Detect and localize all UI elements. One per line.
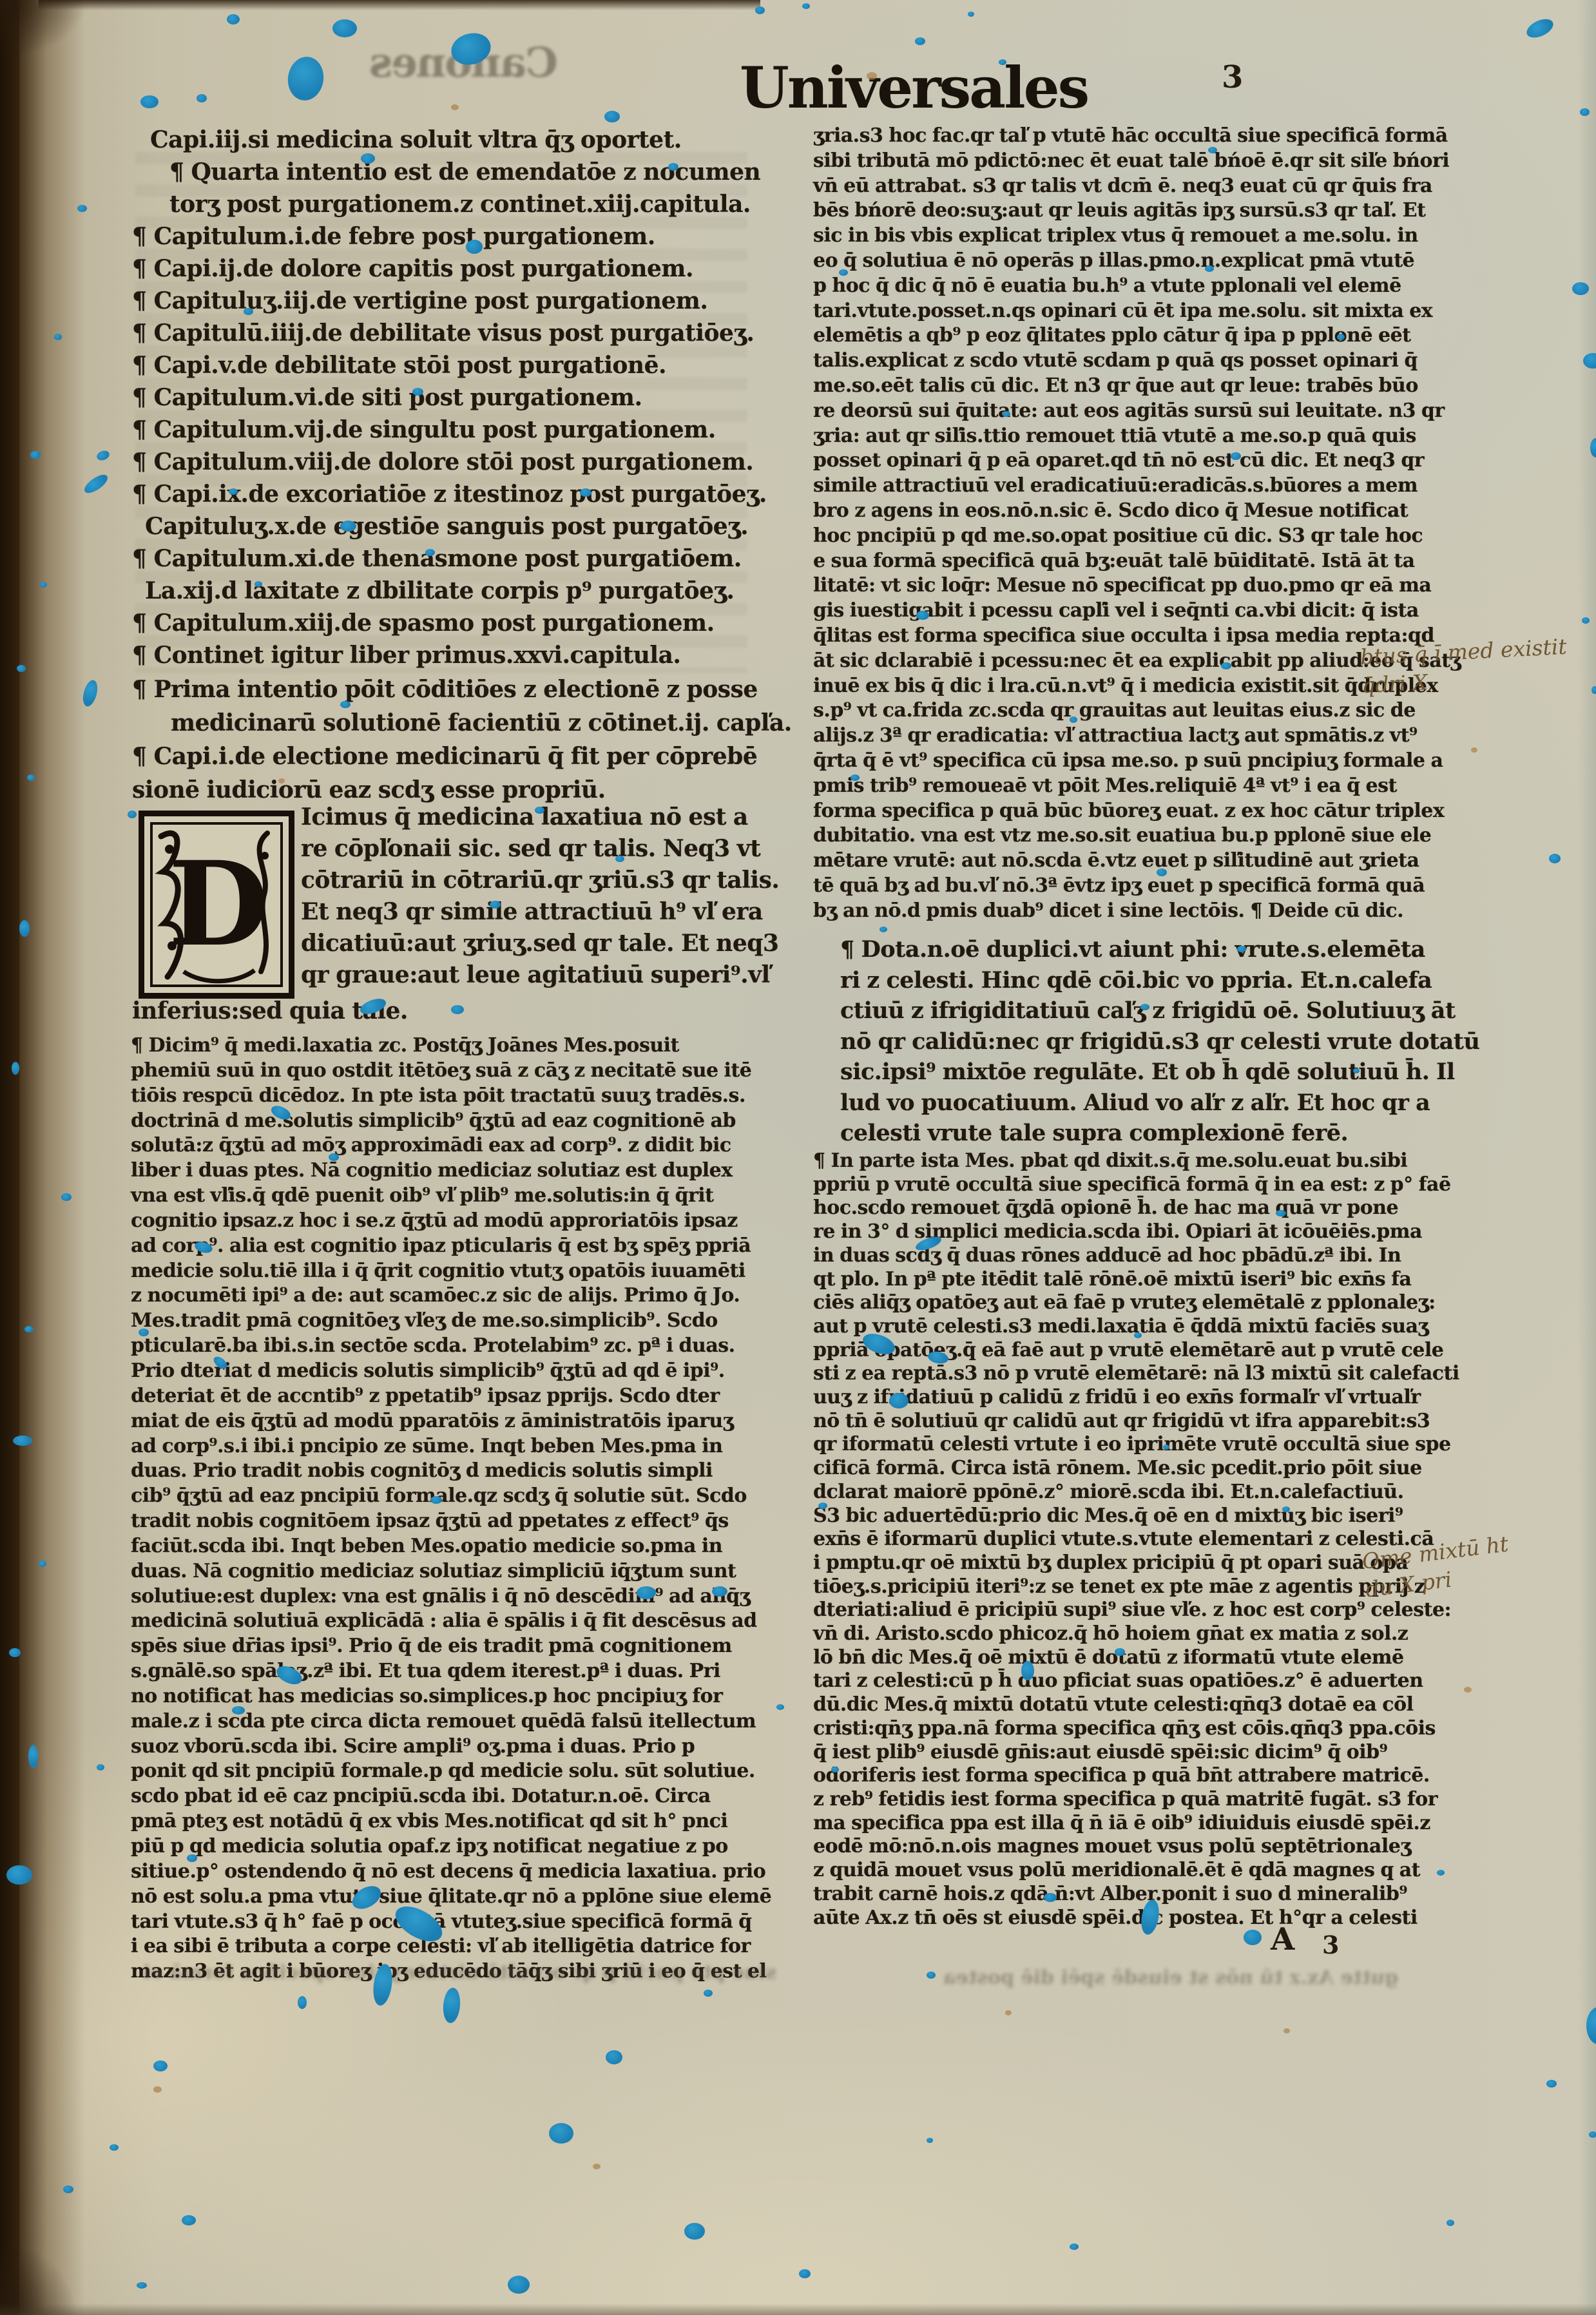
blue-ink-spot xyxy=(776,1704,784,1710)
blue-ink-spot xyxy=(430,1496,442,1504)
blue-ink-spot xyxy=(1582,617,1590,624)
blue-ink-spot xyxy=(110,2144,119,2151)
blue-ink-spot xyxy=(799,2269,811,2278)
blue-ink-spot xyxy=(802,3,810,9)
blue-ink-spot xyxy=(77,205,87,212)
blue-ink-spot xyxy=(128,811,137,818)
blue-ink-spot xyxy=(269,1103,293,1122)
blue-ink-spot xyxy=(1580,108,1590,116)
blue-ink-spot xyxy=(1282,1506,1290,1512)
blue-ink-spot xyxy=(1583,353,1596,369)
blue-ink-spot xyxy=(193,1240,213,1255)
blue-ink-spot xyxy=(442,1987,462,2024)
blue-ink-spot xyxy=(361,153,375,164)
blue-ink-spot xyxy=(1591,686,1596,694)
blue-ink-spot xyxy=(54,334,62,340)
blue-ink-spot xyxy=(19,920,30,937)
blue-ink-spot xyxy=(349,1881,385,1914)
blue-ink-spot xyxy=(580,488,591,497)
blue-ink-spot xyxy=(1546,2080,1557,2088)
blue-ink-spot xyxy=(535,807,544,814)
blue-ink-spot xyxy=(1244,1930,1262,1945)
blue-ink-spot xyxy=(968,12,974,17)
blue-ink-spot xyxy=(448,29,494,69)
blue-ink-spot xyxy=(1157,869,1167,876)
blue-ink-spot xyxy=(61,1193,72,1201)
blue-ink-spot xyxy=(915,37,925,45)
blue-ink-spot xyxy=(916,611,929,620)
blue-ink-spot xyxy=(232,1706,245,1715)
blue-ink-spot xyxy=(1590,438,1596,457)
blue-ink-spot xyxy=(13,1436,32,1446)
blue-ink-spot xyxy=(329,1153,339,1161)
foxing-spot xyxy=(593,2164,601,2169)
foxing-spot xyxy=(1005,2010,1012,2015)
blue-ink-spot xyxy=(1139,1898,1161,1936)
blue-ink-spot xyxy=(1115,1648,1125,1656)
blue-ink-spot xyxy=(9,1648,21,1657)
blue-ink-spot xyxy=(999,59,1006,65)
blue-ink-spot xyxy=(684,2223,705,2240)
blue-ink-spot xyxy=(451,1005,464,1014)
blue-ink-spot xyxy=(1437,1870,1445,1876)
blue-ink-spot xyxy=(17,665,26,672)
blue-ink-spot xyxy=(1549,854,1561,863)
blue-ink-spot xyxy=(889,1393,909,1408)
blue-ink-spot xyxy=(140,95,159,108)
blue-ink-spot xyxy=(81,678,100,708)
blue-ink-spot xyxy=(274,1662,305,1688)
blue-ink-spot xyxy=(28,1745,38,1768)
blue-ink-spot xyxy=(358,995,388,1017)
blue-ink-spot xyxy=(880,927,887,932)
blue-ink-spot xyxy=(197,94,207,102)
blue-ink-spot xyxy=(95,449,111,462)
blue-ink-spot xyxy=(615,856,624,862)
blue-ink-spot xyxy=(27,774,35,781)
blue-ink-spot xyxy=(30,451,41,459)
blue-ink-spot xyxy=(1237,946,1246,952)
blue-ink-spot xyxy=(1163,1445,1169,1450)
blue-ink-spot xyxy=(1044,1893,1057,1902)
blue-ink-spot xyxy=(6,1865,32,1885)
blue-ink-spot xyxy=(604,111,620,122)
blue-ink-spot xyxy=(1021,1661,1034,1680)
blue-ink-spot xyxy=(24,1326,34,1332)
blue-ink-spot xyxy=(839,269,848,276)
blue-ink-spot xyxy=(97,1764,104,1771)
blue-ink-spot xyxy=(153,2060,168,2071)
blue-ink-spot xyxy=(508,2276,530,2294)
blue-ink-spot xyxy=(914,1234,943,1253)
blue-ink-spot xyxy=(851,774,860,781)
blue-ink-spot xyxy=(255,581,262,587)
blue-ink-spot xyxy=(606,2050,622,2064)
blue-ink-spot xyxy=(332,19,357,37)
blue-ink-spot xyxy=(12,1062,19,1075)
blue-ink-spot xyxy=(927,1350,950,1365)
blue-ink-spot xyxy=(340,521,356,532)
blue-ink-spot xyxy=(39,1561,46,1567)
blue-ink-spot xyxy=(1353,1068,1360,1073)
blue-ink-spot xyxy=(63,2185,73,2193)
foxing-spot xyxy=(1284,2028,1290,2033)
blue-ink-spot xyxy=(285,55,327,103)
foxing-spot xyxy=(1471,747,1477,753)
blue-ink-spot xyxy=(137,2282,147,2289)
blue-ink-spot xyxy=(466,240,483,254)
foxing-spot xyxy=(153,2086,162,2093)
blue-ink-spot xyxy=(755,6,765,14)
scanned-book-page: Canones Universales 3 Capi.iij.si medici… xyxy=(0,0,1596,2315)
blue-ink-spot xyxy=(704,1990,713,1997)
blue-ink-spot xyxy=(1070,2243,1079,2250)
blue-ink-spot xyxy=(229,488,238,495)
blue-ink-spot xyxy=(412,388,423,396)
blue-ink-spot xyxy=(1572,282,1589,295)
blue-ink-spot xyxy=(668,163,678,171)
blue-ink-spot xyxy=(340,701,351,708)
blue-ink-spot xyxy=(227,14,240,24)
blue-ink-spot xyxy=(1586,2007,1596,2044)
blue-ink-spot xyxy=(40,582,47,588)
blue-ink-spot xyxy=(82,472,111,497)
blue-ink-spot xyxy=(1447,2220,1454,2226)
blue-ink-spot xyxy=(1140,1004,1149,1010)
blue-ink-spot xyxy=(1003,411,1010,417)
blue-ink-spot xyxy=(1231,452,1241,460)
blue-ink-spot xyxy=(1221,662,1231,669)
blue-ink-spot xyxy=(298,1996,307,2009)
blue-ink-spot xyxy=(831,1767,839,1772)
blue-ink-spot xyxy=(371,1963,395,2006)
blue-ink-spot xyxy=(1070,716,1077,723)
blue-ink-spot xyxy=(712,1586,727,1597)
blue-ink-spot xyxy=(490,901,501,908)
blue-ink-spot xyxy=(1524,15,1556,41)
blue-ink-spot xyxy=(860,1330,898,1358)
foxing-spot xyxy=(1464,1687,1472,1693)
blue-ink-spot xyxy=(818,1503,827,1509)
blue-ink-spot xyxy=(139,1329,149,1336)
blue-ink-spot xyxy=(549,2123,573,2144)
foxing-spot xyxy=(451,104,459,110)
foxing-spot xyxy=(278,778,285,783)
blue-ink-spot xyxy=(1589,2131,1596,2138)
blue-ink-spot xyxy=(1337,334,1345,340)
blue-ink-spot xyxy=(390,1899,448,1948)
blue-ink-spot xyxy=(927,2138,933,2143)
blue-ink-spot xyxy=(1276,1210,1286,1216)
blue-ink-spot xyxy=(187,1854,197,1862)
blue-ink-spot xyxy=(211,1354,229,1371)
blue-ink-spot xyxy=(927,1972,936,1979)
ink-spots-layer xyxy=(0,0,1596,2315)
blue-ink-spot xyxy=(637,1586,656,1599)
blue-ink-spot xyxy=(244,308,253,315)
foxing-spot xyxy=(867,72,877,80)
blue-ink-spot xyxy=(425,549,435,556)
blue-ink-spot xyxy=(182,2215,196,2225)
blue-ink-spot xyxy=(1205,265,1214,272)
blue-ink-spot xyxy=(1134,1332,1142,1338)
blue-ink-spot xyxy=(1208,147,1217,153)
